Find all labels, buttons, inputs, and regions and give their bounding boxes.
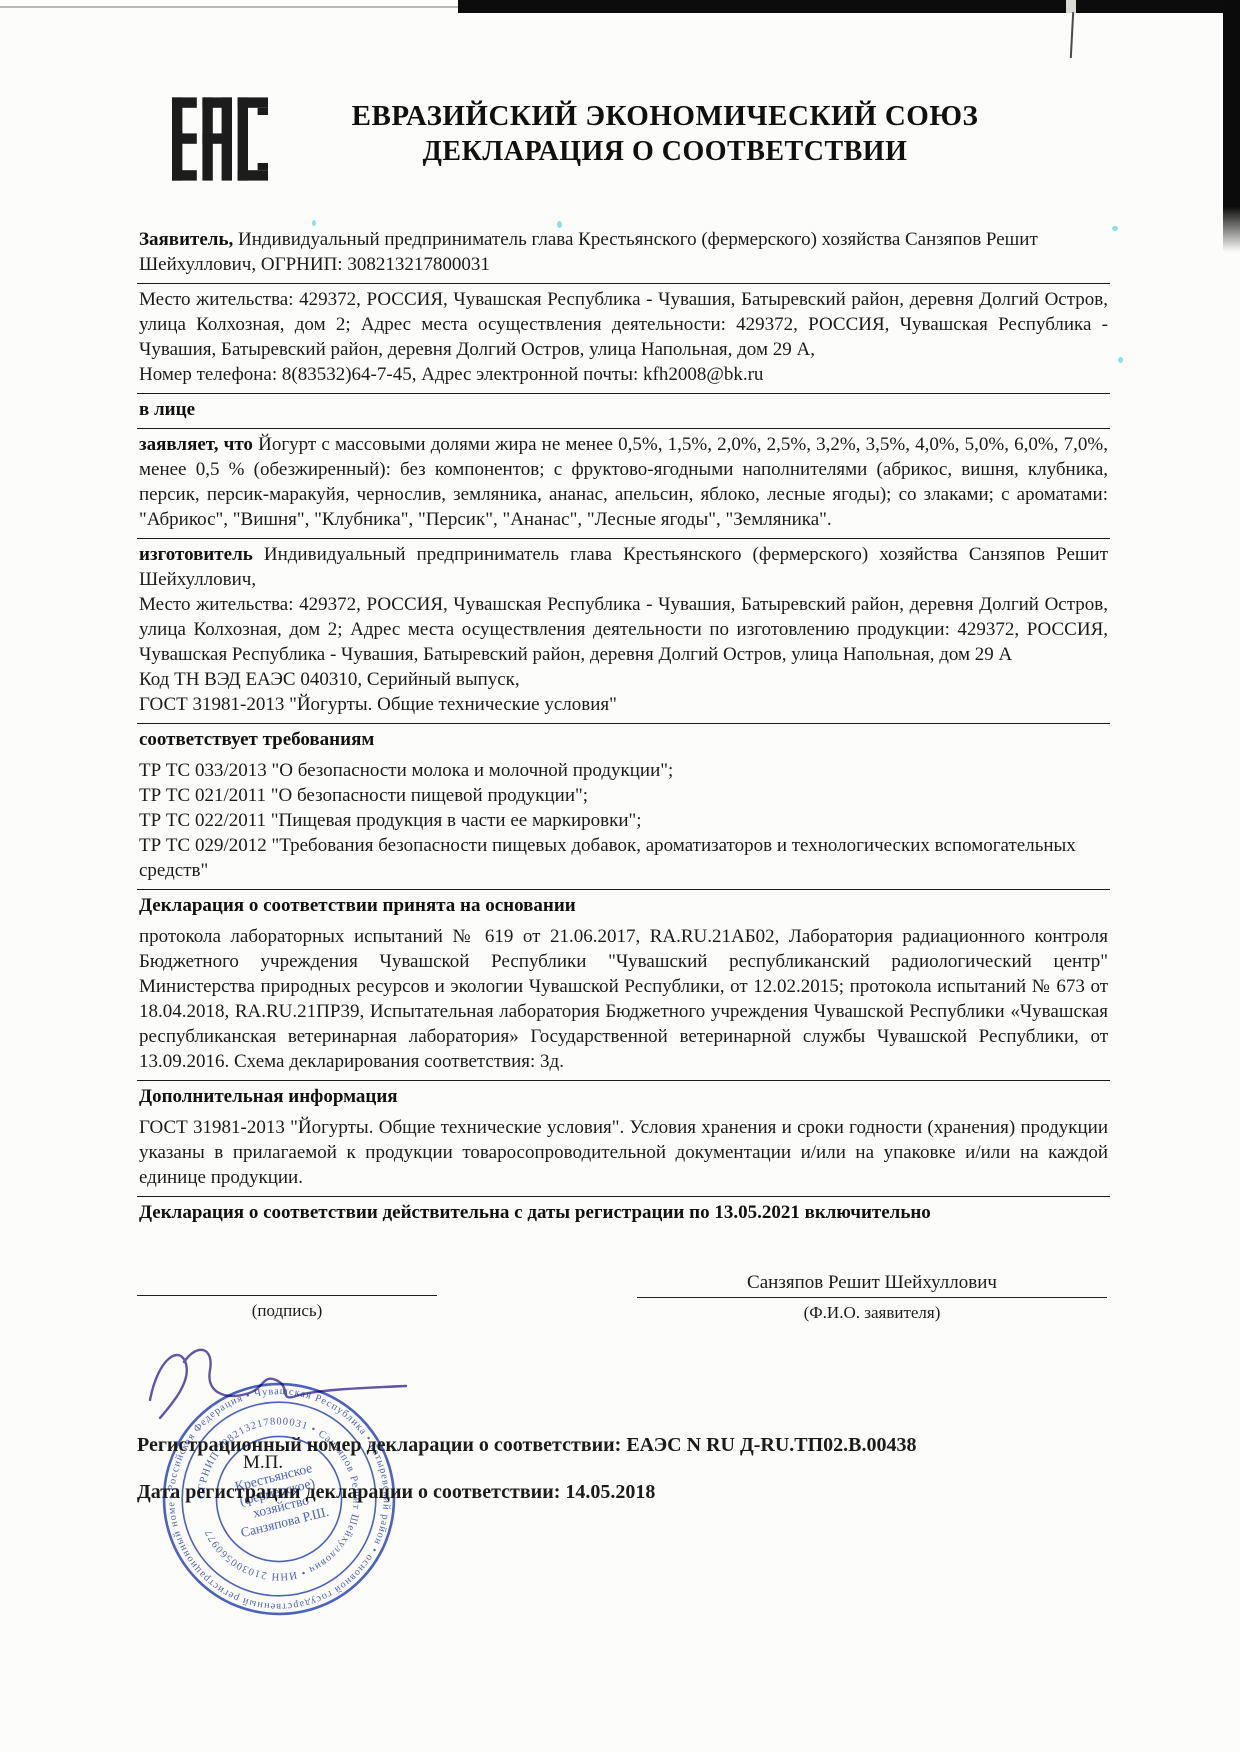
registration-date-line: Дата регистрации декларации о соответств… <box>137 1480 1110 1505</box>
tr-ts-item: ТР ТС 021/2011 "О безопасности пищевой п… <box>139 783 1108 808</box>
tr-ts-item: ТР ТС 033/2013 "О безопасности молока и … <box>139 758 1108 783</box>
additional-label: Дополнительная информация <box>139 1086 398 1107</box>
tr-ts-item: ТР ТС 029/2012 "Требования безопасности … <box>139 833 1108 883</box>
signature-right: Санзяпов Решит Шейхуллович (Ф.И.О. заяви… <box>637 1261 1107 1325</box>
eac-mark-icon <box>172 88 268 190</box>
signature-line <box>137 1261 437 1296</box>
manufacturer-intro: изготовитель Индивидуальный предпринимат… <box>139 542 1108 592</box>
validity-row: Декларация о соответствии действительна … <box>137 1197 1110 1231</box>
scanned-declaration-page: ЕВРАЗИЙСКИЙ ЭКОНОМИЧЕСКИЙ СОЮЗ ДЕКЛАРАЦИ… <box>0 0 1240 1752</box>
scan-top-black-strip <box>458 0 1240 13</box>
applicant-label: Заявитель, <box>139 229 233 250</box>
complies-label: соответствует требованиям <box>139 729 374 750</box>
manufacturer-label: изготовитель <box>139 544 253 565</box>
basis-text: протокола лабораторных испытаний № 619 о… <box>139 924 1108 1074</box>
signature-left: (подпись) <box>137 1261 577 1325</box>
scan-right-black-strip <box>1223 0 1240 252</box>
signature-block: (подпись) Санзяпов Решит Шейхуллович (Ф.… <box>137 1261 1110 1325</box>
scan-hair-artifact <box>1070 12 1074 58</box>
manufacturer-text: Индивидуальный предприниматель глава Кре… <box>139 544 1108 590</box>
manufacturer-code: Код ТН ВЭД ЕАЭС 040310, Серийный выпуск, <box>139 667 1108 692</box>
declares-label: заявляет, что <box>139 434 253 455</box>
in-person-row: в лице <box>137 394 1110 429</box>
declaration-title: ДЕКЛАРАЦИЯ О СООТВЕТСТВИИ <box>300 134 1030 170</box>
scan-top-notch <box>1066 0 1076 13</box>
complies-row: соответствует требованиям ТР ТС 033/2013… <box>137 724 1110 890</box>
applicant-address-row: Место жительства: 429372, РОССИЯ, Чувашс… <box>137 284 1110 394</box>
declares-row: заявляет, что Йогурт с массовыми долями … <box>137 429 1110 539</box>
scan-speck <box>1112 226 1118 231</box>
applicant-contact-text: Номер телефона: 8(83532)64-7-45, Адрес э… <box>139 362 1108 387</box>
declares-text: Йогурт с массовыми долями жира не менее … <box>139 434 1108 530</box>
additional-text: ГОСТ 31981-2013 "Йогурты. Общие техничес… <box>139 1115 1108 1190</box>
manufacturer-address: Место жительства: 429372, РОССИЯ, Чувашс… <box>139 592 1108 667</box>
union-title: ЕВРАЗИЙСКИЙ ЭКОНОМИЧЕСКИЙ СОЮЗ <box>300 98 1030 134</box>
signature-icon <box>128 1330 428 1450</box>
validity-text: Декларация о соответствии действительна … <box>139 1202 931 1223</box>
applicant-row: Заявитель, Индивидуальный предпринимател… <box>137 224 1110 284</box>
tr-ts-item: ТР ТС 022/2011 "Пищевая продукция в част… <box>139 808 1108 833</box>
basis-row: Декларация о соответствии принята на осн… <box>137 890 1110 1081</box>
eac-logo <box>172 88 268 195</box>
declaration-body: Заявитель, Индивидуальный предпринимател… <box>137 224 1110 1505</box>
applicant-address-text: Место жительства: 429372, РОССИЯ, Чувашс… <box>139 287 1108 362</box>
applicant-fullname: Санзяпов Решит Шейхуллович <box>637 1261 1107 1298</box>
mp-seal-placeholder: М.П. <box>243 1452 283 1474</box>
basis-label: Декларация о соответствии принята на осн… <box>139 895 576 916</box>
document-title-block: ЕВРАЗИЙСКИЙ ЭКОНОМИЧЕСКИЙ СОЮЗ ДЕКЛАРАЦИ… <box>300 98 1030 170</box>
applicant-text: Индивидуальный предприниматель глава Кре… <box>139 229 1038 275</box>
manufacturer-row: изготовитель Индивидуальный предпринимат… <box>137 539 1110 724</box>
manufacturer-gost: ГОСТ 31981-2013 "Йогурты. Общие техничес… <box>139 692 1108 717</box>
in-person-label: в лице <box>139 399 195 420</box>
fullname-caption: (Ф.И.О. заявителя) <box>637 1298 1107 1325</box>
signature-caption: (подпись) <box>137 1296 437 1323</box>
additional-info-row: Дополнительная информация ГОСТ 31981-201… <box>137 1081 1110 1197</box>
handwritten-signature <box>128 1330 428 1455</box>
scan-speck <box>1118 357 1123 363</box>
